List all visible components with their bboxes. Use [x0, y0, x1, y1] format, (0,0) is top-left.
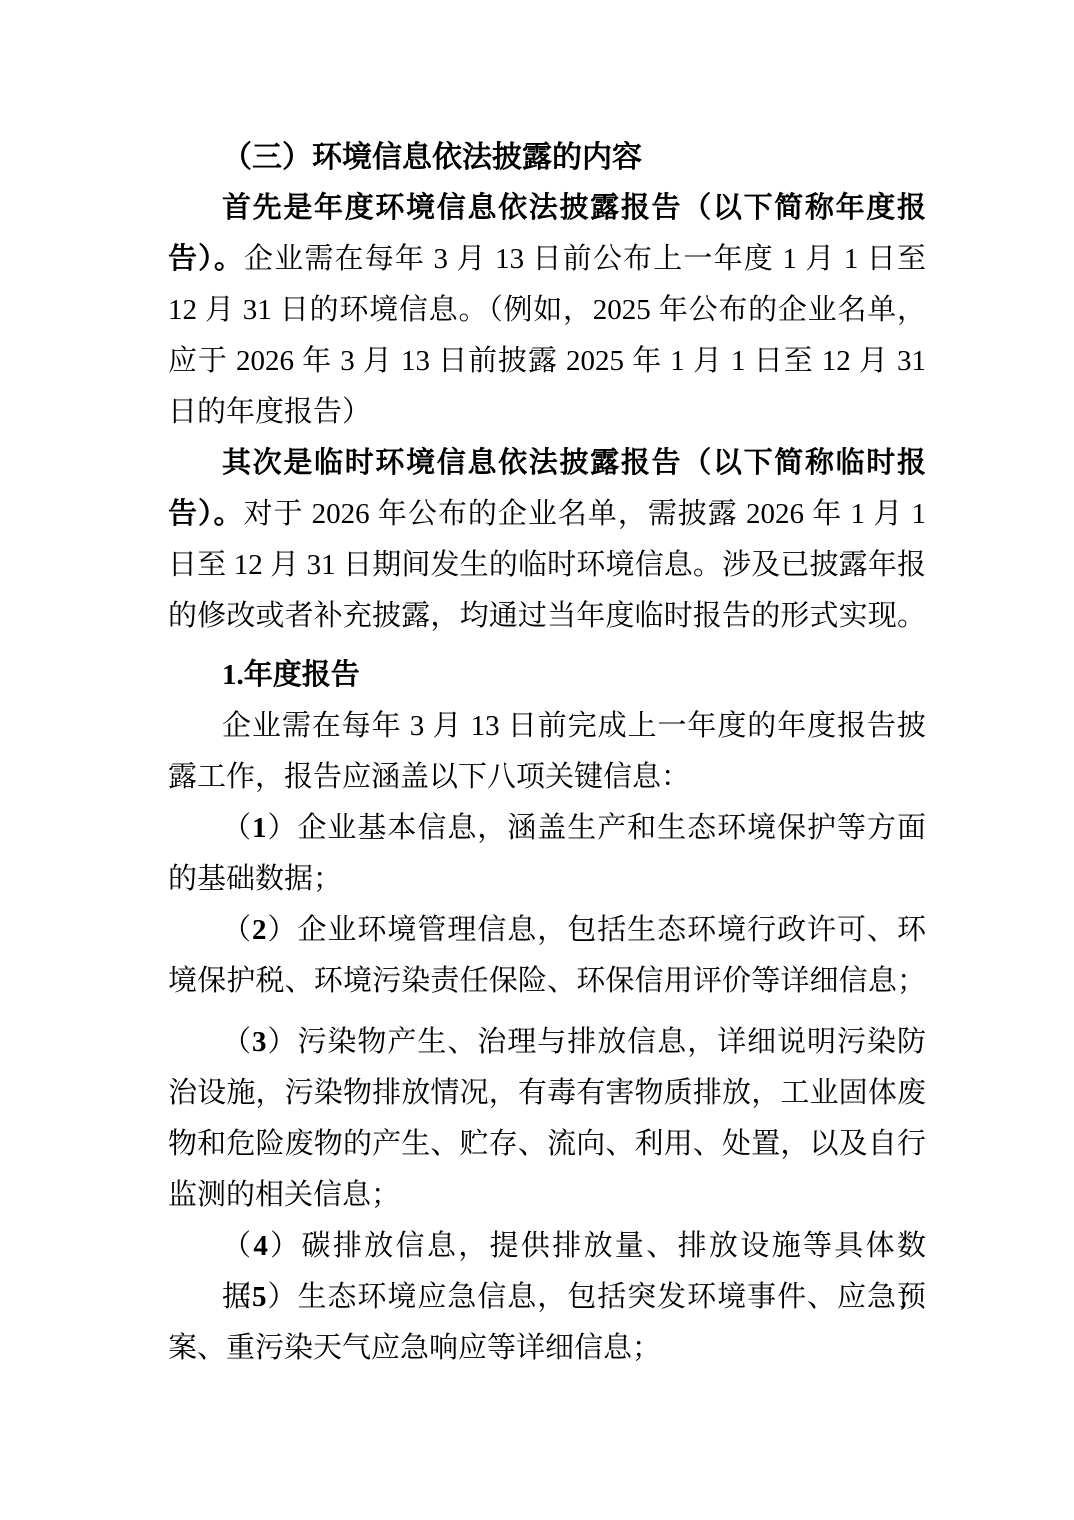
section-heading: （三）环境信息依法披露的内容	[168, 132, 926, 183]
text-line: 其次是临时环境信息依法披露报告（以下简称临时报	[168, 438, 926, 489]
text-run: 日的年度报告）	[168, 396, 371, 428]
text-run: ）企业环境管理信息，包括生态环境行政许可、环	[266, 914, 926, 946]
text-run: （	[222, 1026, 252, 1058]
text-run: 对于 2026 年公布的企业名单，需披露 2026 年 1 月 1	[243, 498, 926, 530]
text-line: （4）碳排放信息，提供排放量、排放设施等具体数据；	[168, 1221, 926, 1272]
text-line: 案、重污染天气应急响应等详细信息；	[168, 1323, 926, 1374]
document-text-block: （三）环境信息依法披露的内容首先是年度环境信息依法披露报告（以下简称年度报告）。…	[168, 132, 926, 1374]
text-run: ）企业基本信息，涵盖生产和生态环境保护等方面	[266, 812, 926, 844]
text-run: （三）环境信息依法披露的内容	[222, 141, 642, 174]
text-run: 治设施，污染物排放情况，有毒有害物质排放，工业固体废	[168, 1077, 926, 1109]
text-run: 3	[252, 1026, 267, 1058]
text-run: 露工作，报告应涵盖以下八项关键信息：	[168, 761, 690, 793]
text-run: 12 月 31 日的环境信息。（例如，2025 年公布的企业名单，	[168, 294, 926, 326]
text-line: 日至 12 月 31 日期间发生的临时环境信息。涉及已披露年报	[168, 540, 926, 591]
text-line: （3）污染物产生、治理与排放信息，详细说明污染防	[168, 1017, 926, 1068]
text-run: 首先是年度环境信息依法披露报告（以下简称年度报	[222, 192, 926, 224]
text-run: 境保护税、环境污染责任保险、环保信用评价等详细信息；	[168, 965, 926, 997]
text-run: 告）。	[168, 243, 244, 275]
text-line: 境保护税、环境污染责任保险、环保信用评价等详细信息；	[168, 956, 926, 1007]
text-run: 的修改或者补充披露，均通过当年度临时报告的形式实现。	[168, 600, 926, 632]
text-run: 企业需在每年 3 月 13 日前公布上一年度 1 月 1 日至	[244, 243, 926, 275]
text-line: （2）企业环境管理信息，包括生态环境行政许可、环	[168, 905, 926, 956]
text-line: 露工作，报告应涵盖以下八项关键信息：	[168, 752, 926, 803]
text-run: （	[222, 1281, 252, 1313]
text-line: 治设施，污染物排放情况，有毒有害物质排放，工业固体废	[168, 1068, 926, 1119]
text-run: 1.年度报告	[222, 659, 360, 691]
text-run: 物和危险废物的产生、贮存、流向、利用、处置，以及自行	[168, 1128, 926, 1160]
text-line: 1.年度报告	[168, 650, 926, 701]
text-run: 其次是临时环境信息依法披露报告（以下简称临时报	[222, 447, 926, 479]
text-run: 监测的相关信息；	[168, 1179, 400, 1211]
text-run: 5	[252, 1281, 267, 1313]
text-line: （1）企业基本信息，涵盖生产和生态环境保护等方面	[168, 803, 926, 854]
text-line: 的修改或者补充披露，均通过当年度临时报告的形式实现。	[168, 591, 926, 642]
text-run: 2	[252, 914, 267, 946]
text-line: 首先是年度环境信息依法披露报告（以下简称年度报	[168, 183, 926, 234]
text-run: 的基础数据；	[168, 863, 342, 895]
text-run: ）生态环境应急信息，包括突发环境事件、应急预	[266, 1281, 926, 1313]
text-run: ）污染物产生、治理与排放信息，详细说明污染防	[266, 1026, 926, 1058]
text-line: 告）。对于 2026 年公布的企业名单，需披露 2026 年 1 月 1	[168, 489, 926, 540]
text-line: 的基础数据；	[168, 854, 926, 905]
text-run: 1	[252, 812, 267, 844]
text-line: 12 月 31 日的环境信息。（例如，2025 年公布的企业名单，	[168, 285, 926, 336]
text-line: 监测的相关信息；	[168, 1170, 926, 1221]
text-line: （5）生态环境应急信息，包括突发环境事件、应急预	[168, 1272, 926, 1323]
text-line: 企业需在每年 3 月 13 日前完成上一年度的年度报告披	[168, 701, 926, 752]
text-run: 日至 12 月 31 日期间发生的临时环境信息。涉及已披露年报	[168, 549, 926, 581]
text-line: 告）。企业需在每年 3 月 13 日前公布上一年度 1 月 1 日至	[168, 234, 926, 285]
text-run: （	[222, 914, 252, 946]
text-run: 告）。	[168, 498, 243, 530]
text-line: 应于 2026 年 3 月 13 日前披露 2025 年 1 月 1 日至 12…	[168, 336, 926, 387]
text-run: （	[222, 812, 252, 844]
text-run: 企业需在每年 3 月 13 日前完成上一年度的年度报告披	[222, 710, 926, 742]
text-run: 4	[253, 1230, 268, 1262]
text-run: （	[222, 1230, 253, 1262]
text-line: 物和危险废物的产生、贮存、流向、利用、处置，以及自行	[168, 1119, 926, 1170]
text-run: 案、重污染天气应急响应等详细信息；	[168, 1332, 661, 1364]
text-line: 日的年度报告）	[168, 387, 926, 438]
text-run: 应于 2026 年 3 月 13 日前披露 2025 年 1 月 1 日至 12…	[168, 345, 926, 377]
